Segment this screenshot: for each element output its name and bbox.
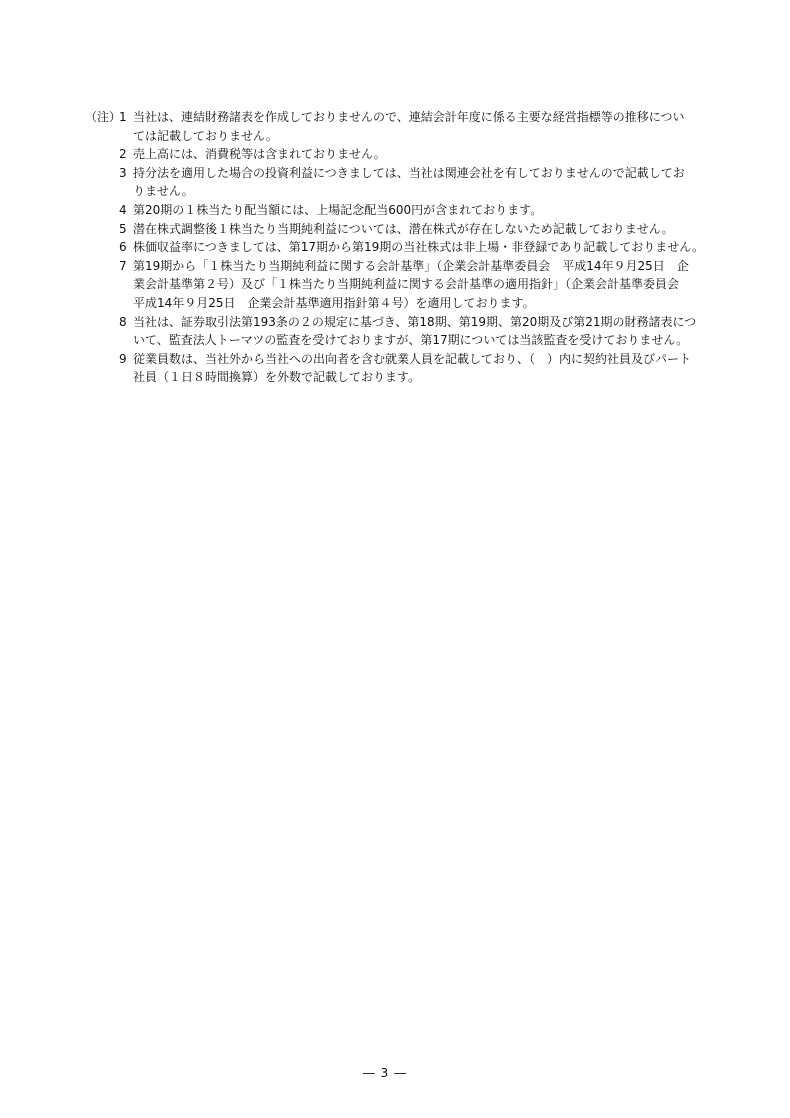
note-number: 9 xyxy=(119,350,133,369)
page-number: ― 3 ― xyxy=(0,1064,770,1082)
note-item: 7 第19期から「１株当たり当期純利益に関する会計基準」（企業会計基準委員会 平… xyxy=(119,257,745,313)
note-item: 4 第20期の１株当たり配当額には、上場記念配当600円が含まれております。 xyxy=(119,201,745,220)
note-item: 6 株価収益率につきましては、第17期から第19期の当社株式は非上場・非登録であ… xyxy=(119,238,745,257)
note-number: 5 xyxy=(119,220,133,239)
note-number: 7 xyxy=(119,257,133,276)
notes-list: 1 当社は、連結財務諸表を作成しておりませんので、連結会計年度に係る主要な経営指… xyxy=(119,108,745,387)
note-item: 5 潜在株式調整後１株当たり当期純利益については、潜在株式が存在しないため記載し… xyxy=(119,220,745,239)
note-number: 1 xyxy=(119,108,133,127)
note-number: 4 xyxy=(119,201,133,220)
notes-marker-label: （注） xyxy=(85,108,119,127)
note-item: 1 当社は、連結財務諸表を作成しておりませんので、連結会計年度に係る主要な経営指… xyxy=(119,108,745,145)
note-item: 9 従業員数は、当社外から当社への出向者を含む就業人員を記載しており、（ ）内に… xyxy=(119,350,745,387)
note-text: 潜在株式調整後１株当たり当期純利益については、潜在株式が存在しないため記載してお… xyxy=(133,220,745,239)
note-text: 従業員数は、当社外から当社への出向者を含む就業人員を記載しており、（ ）内に契約… xyxy=(133,350,745,387)
notes-block: （注） 1 当社は、連結財務諸表を作成しておりませんので、連結会計年度に係る主要… xyxy=(85,108,745,387)
note-number: 3 xyxy=(119,164,133,183)
note-number: 2 xyxy=(119,145,133,164)
note-item: 2 売上高には、消費税等は含まれておりません。 xyxy=(119,145,745,164)
note-item: 3 持分法を適用した場合の投資利益につきましては、当社は関連会社を有しておりませ… xyxy=(119,164,745,201)
document-page: （注） 1 当社は、連結財務諸表を作成しておりませんので、連結会計年度に係る主要… xyxy=(0,0,790,1118)
note-number: 6 xyxy=(119,238,133,257)
note-text: 売上高には、消費税等は含まれておりません。 xyxy=(133,145,745,164)
note-text: 第19期から「１株当たり当期純利益に関する会計基準」（企業会計基準委員会 平成1… xyxy=(133,257,745,313)
note-text: 第20期の１株当たり配当額には、上場記念配当600円が含まれております。 xyxy=(133,201,745,220)
note-text: 持分法を適用した場合の投資利益につきましては、当社は関連会社を有しておりませんの… xyxy=(133,164,745,201)
note-text: 当社は、連結財務諸表を作成しておりませんので、連結会計年度に係る主要な経営指標等… xyxy=(133,108,745,145)
note-item: 8 当社は、証券取引法第193条の２の規定に基づき、第18期、第19期、第20期… xyxy=(119,313,745,350)
note-text: 株価収益率につきましては、第17期から第19期の当社株式は非上場・非登録であり記… xyxy=(133,238,745,257)
note-text: 当社は、証券取引法第193条の２の規定に基づき、第18期、第19期、第20期及び… xyxy=(133,313,745,350)
note-number: 8 xyxy=(119,313,133,332)
